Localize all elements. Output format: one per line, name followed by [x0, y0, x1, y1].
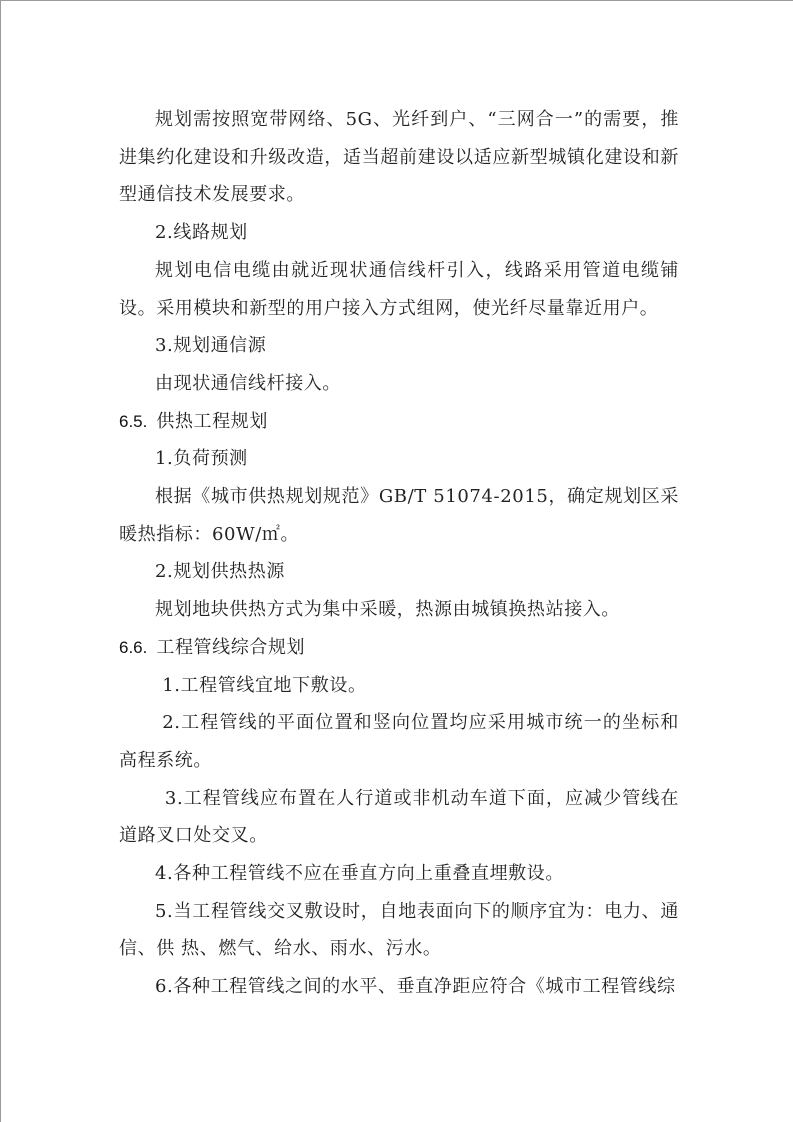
heating-item-2-heading: 2.规划供热热源 — [119, 553, 679, 591]
heating-item-2-body: 规划地块供热方式为集中采暖，热源由城镇换热站接入。 — [119, 591, 679, 629]
section-number: 6.5. — [119, 412, 147, 431]
section-number: 6.6. — [119, 638, 147, 657]
pipeline-item-4: 4.各种工程管线不应在垂直方向上重叠直埋敷设。 — [119, 855, 679, 893]
section-heading-6-5: 6.5.供热工程规划 — [119, 403, 679, 441]
pipeline-item-3: 3.工程管线应布置在人行道或非机动车道下面，应减少管线在道路叉口处交叉。 — [119, 780, 679, 855]
telecom-item-3-heading: 3.规划通信源 — [119, 327, 679, 365]
heating-item-1-heading: 1.负荷预测 — [119, 440, 679, 478]
pipeline-item-6: 6.各种工程管线之间的水平、垂直净距应符合《城市工程管线综 — [119, 968, 679, 1006]
telecom-item-2-body: 规划电信电缆由就近现状通信线杆引入，线路采用管道电缆铺设。采用模块和新型的用户接… — [119, 252, 679, 327]
heating-item-1-body: 根据《城市供热规划规范》GB/T 51074-2015，确定规划区采暖热指标：6… — [119, 478, 679, 553]
paragraph-broadband-requirements: 规划需按照宽带网络、5G、光纤到户、“三网合一”的需要，推进集约化建设和升级改造… — [119, 101, 679, 214]
section-heading-6-6: 6.6.工程管线综合规划 — [119, 629, 679, 667]
section-title: 供热工程规划 — [156, 411, 268, 432]
pipeline-item-5: 5.当工程管线交叉敷设时，自地表面向下的顺序宜为：电力、通信、供 热、燃气、给水… — [119, 893, 679, 968]
pipeline-item-1: 1.工程管线宜地下敷设。 — [119, 667, 679, 705]
pipeline-item-2: 2.工程管线的平面位置和竖向位置均应采用城市统一的坐标和高程系统。 — [119, 704, 679, 779]
telecom-item-3-body: 由现状通信线杆接入。 — [119, 365, 679, 403]
section-title: 工程管线综合规划 — [156, 637, 305, 658]
document-body: 规划需按照宽带网络、5G、光纤到户、“三网合一”的需要，推进集约化建设和升级改造… — [119, 101, 679, 1006]
document-page: 规划需按照宽带网络、5G、光纤到户、“三网合一”的需要，推进集约化建设和升级改造… — [0, 0, 793, 1122]
telecom-item-2-heading: 2.线路规划 — [119, 214, 679, 252]
